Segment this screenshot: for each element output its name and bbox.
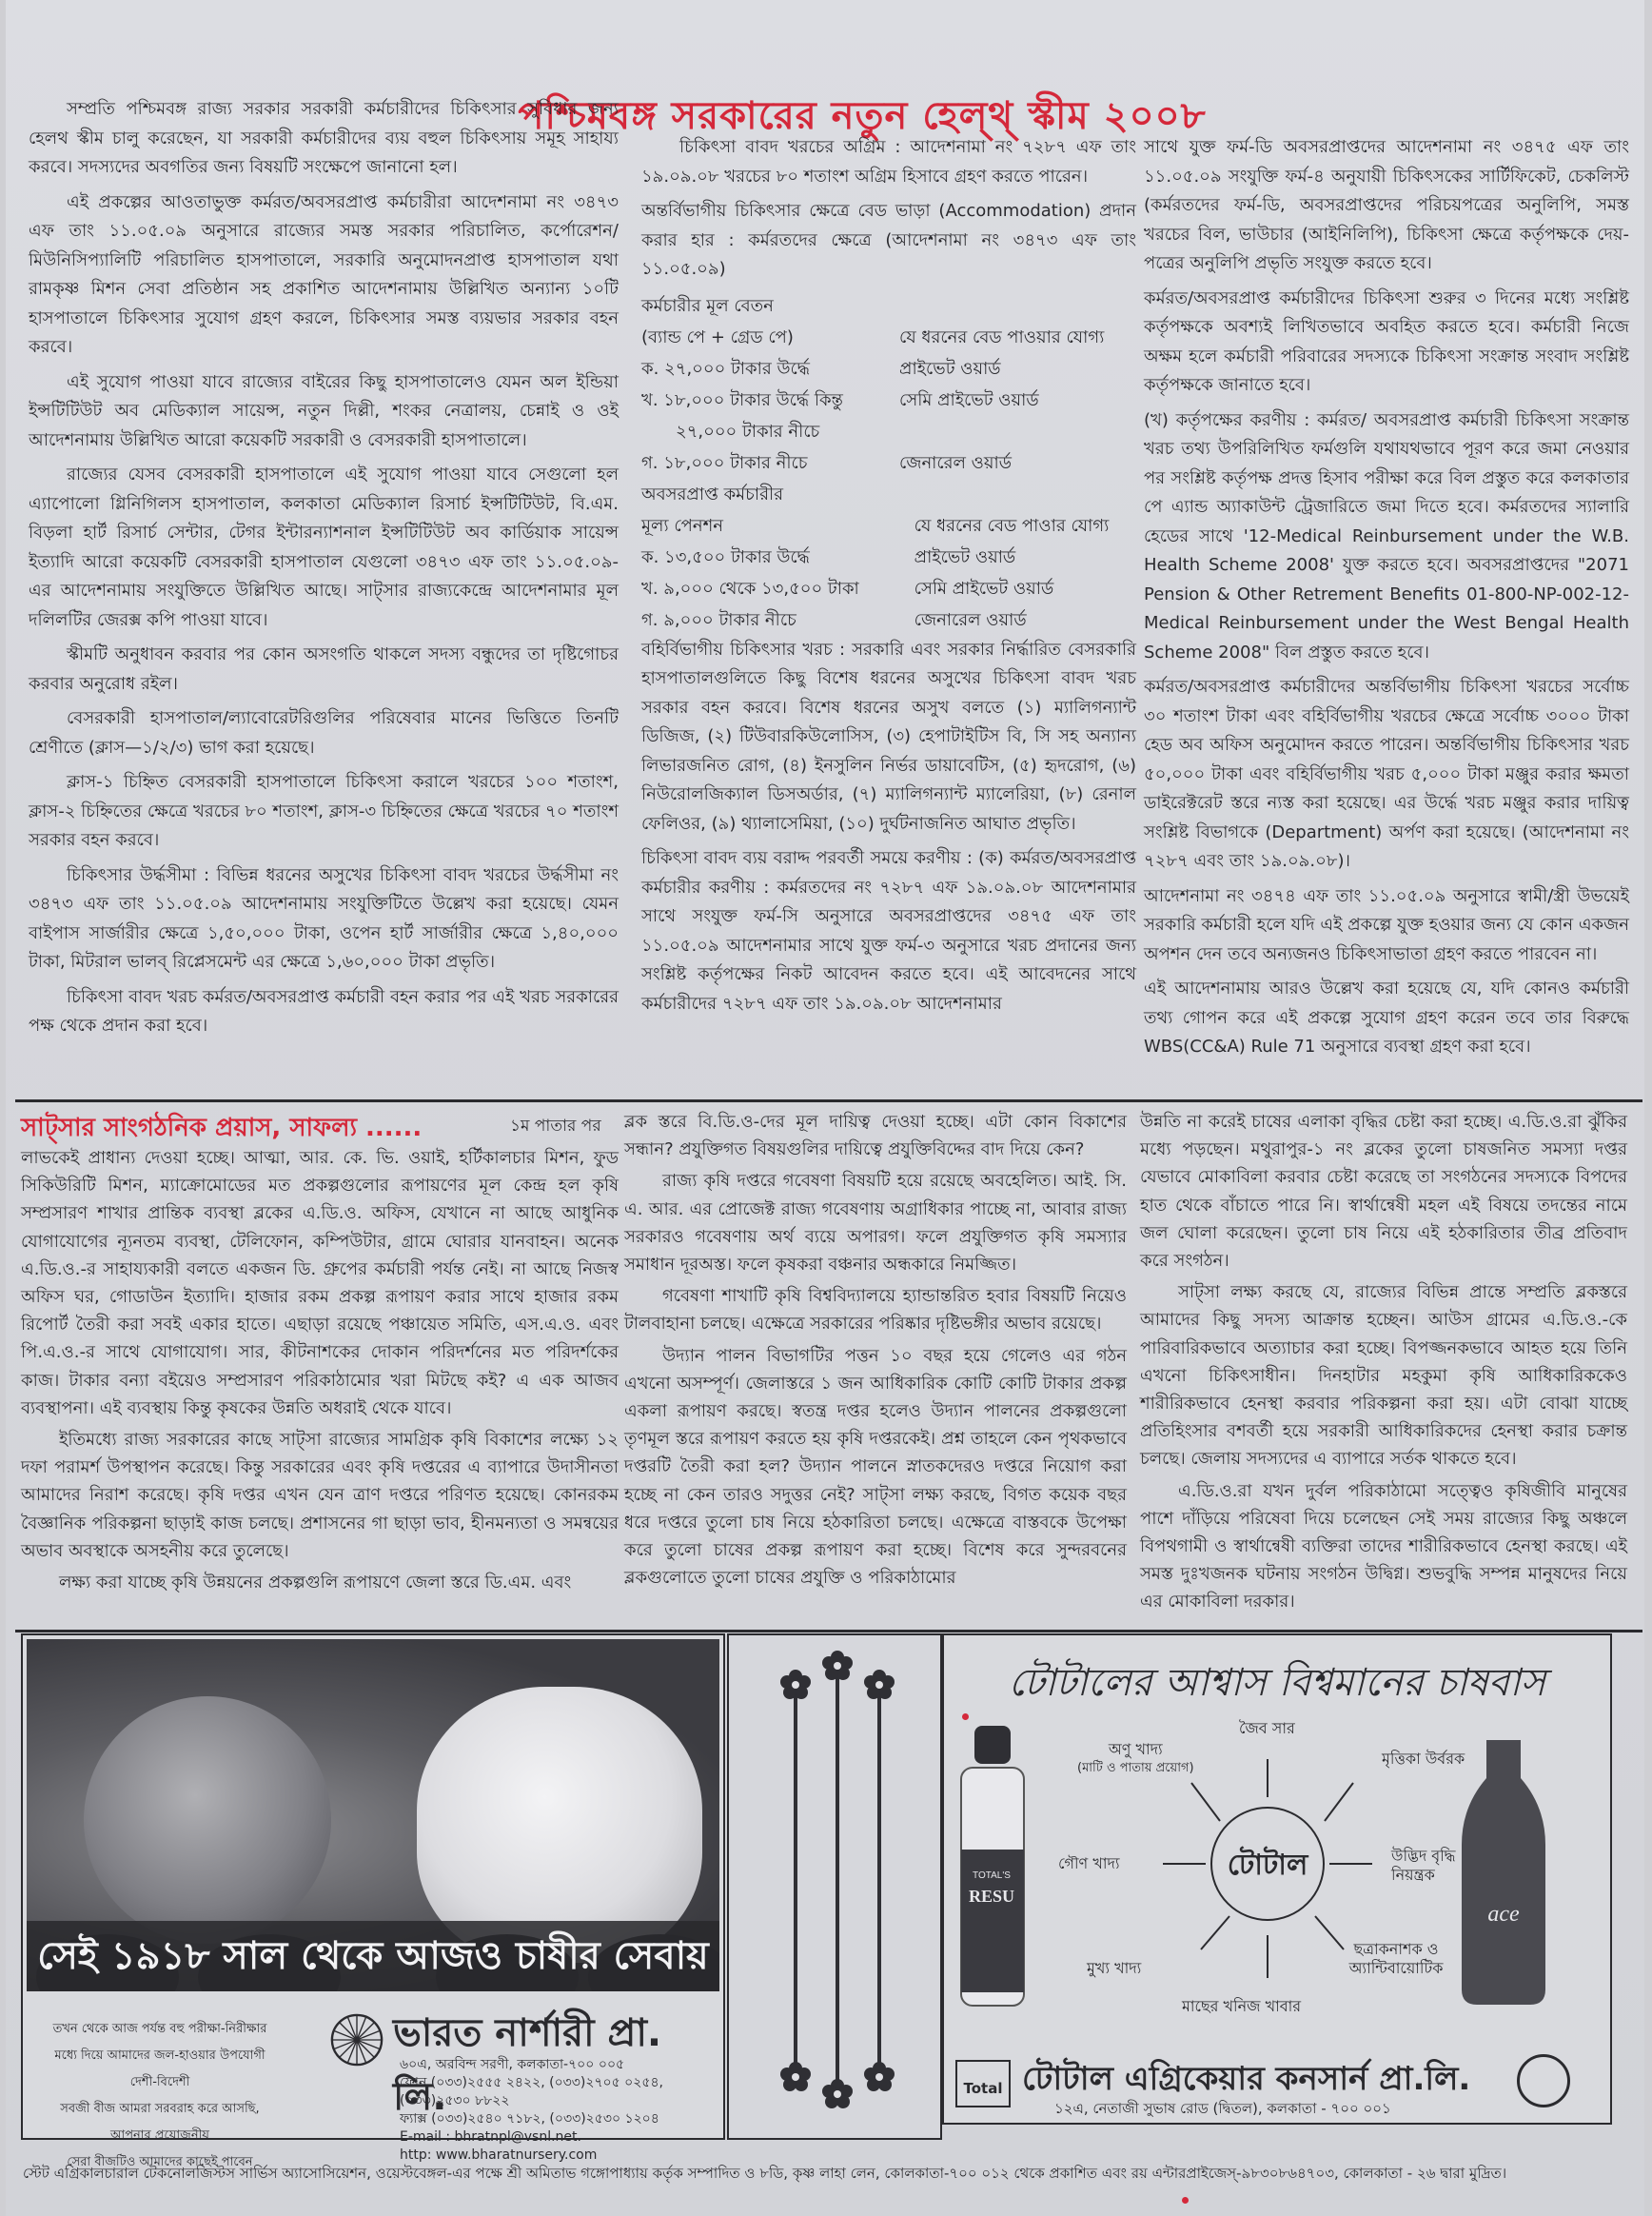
paragraph: উন্নতি না করেই চাষের এলাকা বৃদ্ধির চেষ্ট…	[1140, 1108, 1627, 1275]
paragraph-after: চিকিৎসা বাবদ ব্যয় বরাদ্দ পরবর্তী সময়ে …	[641, 844, 1136, 1019]
paragraph: কর্মরত/অবসরপ্রাপ্ত কর্মচারীদের অন্তর্বিভ…	[1144, 673, 1629, 877]
paragraph: চিকিৎসা বাবদ খরচ কর্মরত/অবসরপ্রাপ্ত কর্ম…	[29, 983, 619, 1041]
table-row: গ. ৯,০০০ টাকার নীচে জেনারেল ওয়ার্ড	[641, 604, 1136, 636]
paragraph: ক্লাস-১ চিহ্নিত বেসরকারী হাসপাতালে চিকিৎ…	[29, 768, 619, 856]
table-row: ক. ১৩,৫০০ টাকার উর্দ্ধে প্রাইভেট ওয়ার্ড	[641, 542, 1136, 573]
flower-icon	[864, 2062, 895, 2092]
company-seal-icon	[1517, 2054, 1570, 2107]
nursery-contact: ৬০এ, অরবিন্দ সরণী, কলকাতা-৭০০ ০০৫ ফোন (০…	[400, 2056, 719, 2165]
flower-icon	[780, 1670, 811, 1700]
paragraph: ইতিমধ্যে রাজ্য সরকারের কাছে সাট্সা রাজ্য…	[21, 1426, 619, 1565]
total-address: ১২এ, নেতাজী সুভাষ রোড (দ্বিতল), কলকাতা -…	[1054, 2098, 1391, 2122]
ad-divider	[15, 1630, 1642, 1632]
table-header: কর্মচারীর মূল বেতন	[641, 290, 871, 322]
flower-icon	[780, 2062, 811, 2092]
nursery-banner: সেই ১৯১৮ সাল থেকে আজও চাষীর সেবায়	[27, 1921, 719, 1991]
label-fungicide-antibiotic: ছত্রাকনাশক ও অ্যান্টিবায়োটিক	[1344, 1940, 1448, 1978]
stem	[877, 1683, 881, 2073]
paragraph: সাট্সা লক্ষ্য করছে যে, রাজ্যের বিভিন্ন প…	[1140, 1278, 1627, 1473]
label-major-nutrient: মুখ্য খাদ্য	[1087, 1959, 1141, 1978]
cabbage-image	[84, 1696, 331, 1944]
svg-text:RESU: RESU	[969, 1887, 1014, 1906]
article2-column-1: লাভকেই প্রাধান্য দেওয়া হচ্ছে। আত্মা, আর…	[21, 1144, 619, 1600]
table-row: খ. ৯,০০০ থেকে ১৩,৫০০ টাকা সেমি প্রাইভেট …	[641, 573, 1136, 604]
paragraph: এই সুযোগ পাওয়া যাবে রাজ্যের বাইরের কিছু…	[29, 368, 619, 456]
section-divider	[15, 1099, 1642, 1102]
continued-label: ১ম পাতার পর	[510, 1114, 601, 1140]
ad-total-agricare: টোটালের আশ্বাস বিশ্বমানের চাষবাস TOTAL'S…	[942, 1633, 1612, 2125]
label-secondary-nutrient: গৌণ খাদ্য	[1058, 1854, 1120, 1873]
article2-column-3: উন্নতি না করেই চাষের এলাকা বৃদ্ধির চেষ্ট…	[1140, 1108, 1627, 1620]
table-header: যে ধরনের বেড পাওয়ার যোগ্য	[871, 322, 1136, 353]
article1-column-1: সম্প্রতি পশ্চিমবঙ্গ রাজ্য সরকার সরকারী ক…	[29, 95, 619, 1047]
imprint-footer: স্টেট এগ্রিকালচারাল টেকনোলজিস্টস সার্ভিস…	[23, 2163, 1641, 2186]
table-header: যে ধরনের বেড পাওার যোগ্য	[886, 510, 1136, 542]
flower-icon	[864, 1670, 895, 1700]
paragraph-accommodation: অন্তর্বিভাগীয় চিকিৎসার ক্ষেত্রে বেড ভাড…	[641, 197, 1136, 285]
paragraph: উদ্যান পালন বিভাগটির পত্তন ১০ বছর হয়ে গ…	[624, 1342, 1127, 1593]
table-header: মূল্য পেনশন	[641, 510, 886, 542]
address: ৬০এ, অরবিন্দ সরণী, কলকাতা-৭০০ ০০৫	[400, 2056, 719, 2074]
email: E-mail : bhratnpl@vsnl.net.	[400, 2128, 719, 2147]
bottle-result-image: TOTAL'S RESU	[954, 1726, 1030, 2007]
paragraph: এই প্রকল্পের আওতাভুক্ত কর্মরত/অবসরপ্রাপ্…	[29, 188, 619, 363]
paragraph: বেসরকারী হাসপাতাল/ল্যাবোরেটরিগুলির পরিষে…	[29, 704, 619, 762]
paragraph-advance: চিকিৎসা বাবদ খরচের অগ্রিম : আদেশনামা নং …	[641, 133, 1136, 191]
table-row: ক. ২৭,০০০ টাকার উর্দ্ধে প্রাইভেট ওয়ার্ড	[641, 353, 1136, 385]
article2-column-2: ব্লক স্তরে বি.ডি.ও-দের মূল দায়িত্ব দেওয…	[624, 1108, 1127, 1595]
paragraph: আদেশনামা নং ৩৪৭৪ এফ তাং ১১.০৫.০৯ অনুসারে…	[1144, 882, 1629, 970]
paragraph: লাভকেই প্রাধান্য দেওয়া হচ্ছে। আত্মা, আর…	[21, 1144, 619, 1422]
chakra-logo-icon	[329, 2012, 384, 2068]
table-row: খ. ১৮,০০০ টাকার উর্দ্ধে কিন্তু সেমি প্রা…	[641, 385, 1136, 416]
label-plant-growth-regulator: উদ্ভিদ বৃদ্ধি নিয়ন্ত্রক	[1391, 1847, 1477, 1885]
stem	[836, 1664, 839, 2083]
table-row: গ. ১৮,০০০ টাকার নীচে জেনারেল ওয়ার্ড	[641, 447, 1136, 479]
total-company-block: Total টোটাল এগ্রিকেয়ার কনসার্ন প্রা.লি.…	[955, 2054, 1603, 2121]
phone: ফোন (০৩৩)২৫৫৫ ২৪২২, (০৩৩)২৭০৫ ০২৫৪, (০৩৩…	[400, 2074, 719, 2110]
retired-bed-table: অবসরপ্রাপ্ত কর্মচারীর মূল্য পেনশন যে ধরন…	[641, 479, 1136, 636]
total-ad-title: টোটালের আশ্বাস বিশ্বমানের চাষবাস	[973, 1652, 1582, 1716]
paragraph: স্কীমটি অনুধাবন করবার পর কোন অসংগতি থাকল…	[29, 641, 619, 699]
nursery-info: তখন থেকে আজ পর্যন্ত বহু পরীক্ষা-নিরীক্ষা…	[27, 1995, 719, 2134]
paragraph: এই আদেশনামায় আরও উল্লেখ করা হয়েছে যে, …	[1144, 975, 1629, 1062]
flower-icon	[822, 1651, 853, 1681]
label-organic-manure: জৈব সার	[1239, 1719, 1295, 1738]
paragraph: গবেষণা শাখাটি কৃষি বিশ্ববিদ্যালয়ে হ্যান…	[624, 1282, 1127, 1337]
article1-column-2: চিকিৎসা বাবদ খরচের অগ্রিম : আদেশনামা নং …	[641, 133, 1136, 1024]
serving-bed-table: কর্মচারীর মূল বেতন (ব্যান্ড পে + গ্রেড প…	[641, 290, 1136, 479]
table-header: অবসরপ্রাপ্ত কর্মচারীর	[641, 479, 886, 510]
paragraph: কর্মরত/অবসরপ্রাপ্ত কর্মচারীদের চিকিৎসা শ…	[1144, 285, 1629, 401]
paragraph-outdoor: বহির্বিভাগীয় চিকিৎসার খরচ : সরকারি এবং …	[641, 636, 1136, 840]
paragraph: এ.ডি.ও.রা যখন দুর্বল পরিকাঠামো সত্ত্বেও …	[1140, 1477, 1627, 1616]
label-fish-mineral-feed: মাছের খনিজ খাবার	[1182, 1997, 1301, 2016]
paragraph: লক্ষ্য করা যাচ্ছে কৃষি উন্নয়নের প্রকল্প…	[21, 1569, 619, 1596]
fax: ফ্যাক্স (০৩৩)২৫৪০ ৭১৮২, (০৩৩)২৫৩০ ১২০৪	[400, 2110, 719, 2128]
total-logo-icon: Total	[955, 2060, 1011, 2107]
label-micro-nutrient: অণু খাদ্য (মাটি ও পাতায় প্রয়োগ)	[1077, 1740, 1194, 1778]
total-center-logo: টোটাল	[1210, 1807, 1325, 1921]
paragraph: (খ) কর্তৃপক্ষের করণীয় : কর্মরত/ অবসরপ্র…	[1144, 406, 1629, 668]
table-header: (ব্যান্ড পে + গ্রেড পে)	[641, 322, 871, 353]
ad-bharat-nursery: সেই ১৯১৮ সাল থেকে আজও চাষীর সেবায় তখন থ…	[21, 1633, 725, 2140]
paragraph: সম্প্রতি পশ্চিমবঙ্গ রাজ্য সরকার সরকারী ক…	[29, 95, 619, 183]
newspaper-page: পশ্চিমবঙ্গ সরকারের নতুন হেল্থ্ স্কীম ২০০…	[6, 0, 1644, 2216]
label-soil-conditioner: মৃত্তিকা উর্বরক	[1382, 1750, 1465, 1769]
paragraph: ব্লক স্তরে বি.ডি.ও-দের মূল দায়িত্ব দেওয…	[624, 1108, 1127, 1163]
paragraph: চিকিৎসার উর্দ্ধসীমা : বিভিন্ন ধরনের অসুখ…	[29, 861, 619, 978]
ink-mark	[1182, 2197, 1189, 2204]
ink-mark	[962, 1713, 969, 1720]
flower-icon	[822, 2079, 853, 2109]
article1-column-3: সাথে যুক্ত ফর্ম-ডি অবসরপ্রাপ্তদের আদেশনা…	[1144, 133, 1629, 1068]
svg-text:ace: ace	[1487, 1902, 1520, 1927]
svg-text:TOTAL'S: TOTAL'S	[973, 1870, 1011, 1881]
decorative-flower-panel	[727, 1633, 942, 2140]
paragraph: রাজ্য কৃষি দপ্তরে গবেষণা বিষয়টি হয়ে রয…	[624, 1167, 1127, 1278]
table-row: ২৭,০০০ টাকার নীচে	[641, 416, 1136, 447]
stem	[794, 1683, 797, 2073]
paragraph: সাথে যুক্ত ফর্ম-ডি অবসরপ্রাপ্তদের আদেশনা…	[1144, 133, 1629, 279]
paragraph: রাজ্যের যেসব বেসরকারী হাসপাতালে এই সুযোগ…	[29, 461, 619, 635]
nursery-tagline: তখন থেকে আজ পর্যন্ত বহু পরীক্ষা-নিরীক্ষা…	[46, 2016, 274, 2176]
